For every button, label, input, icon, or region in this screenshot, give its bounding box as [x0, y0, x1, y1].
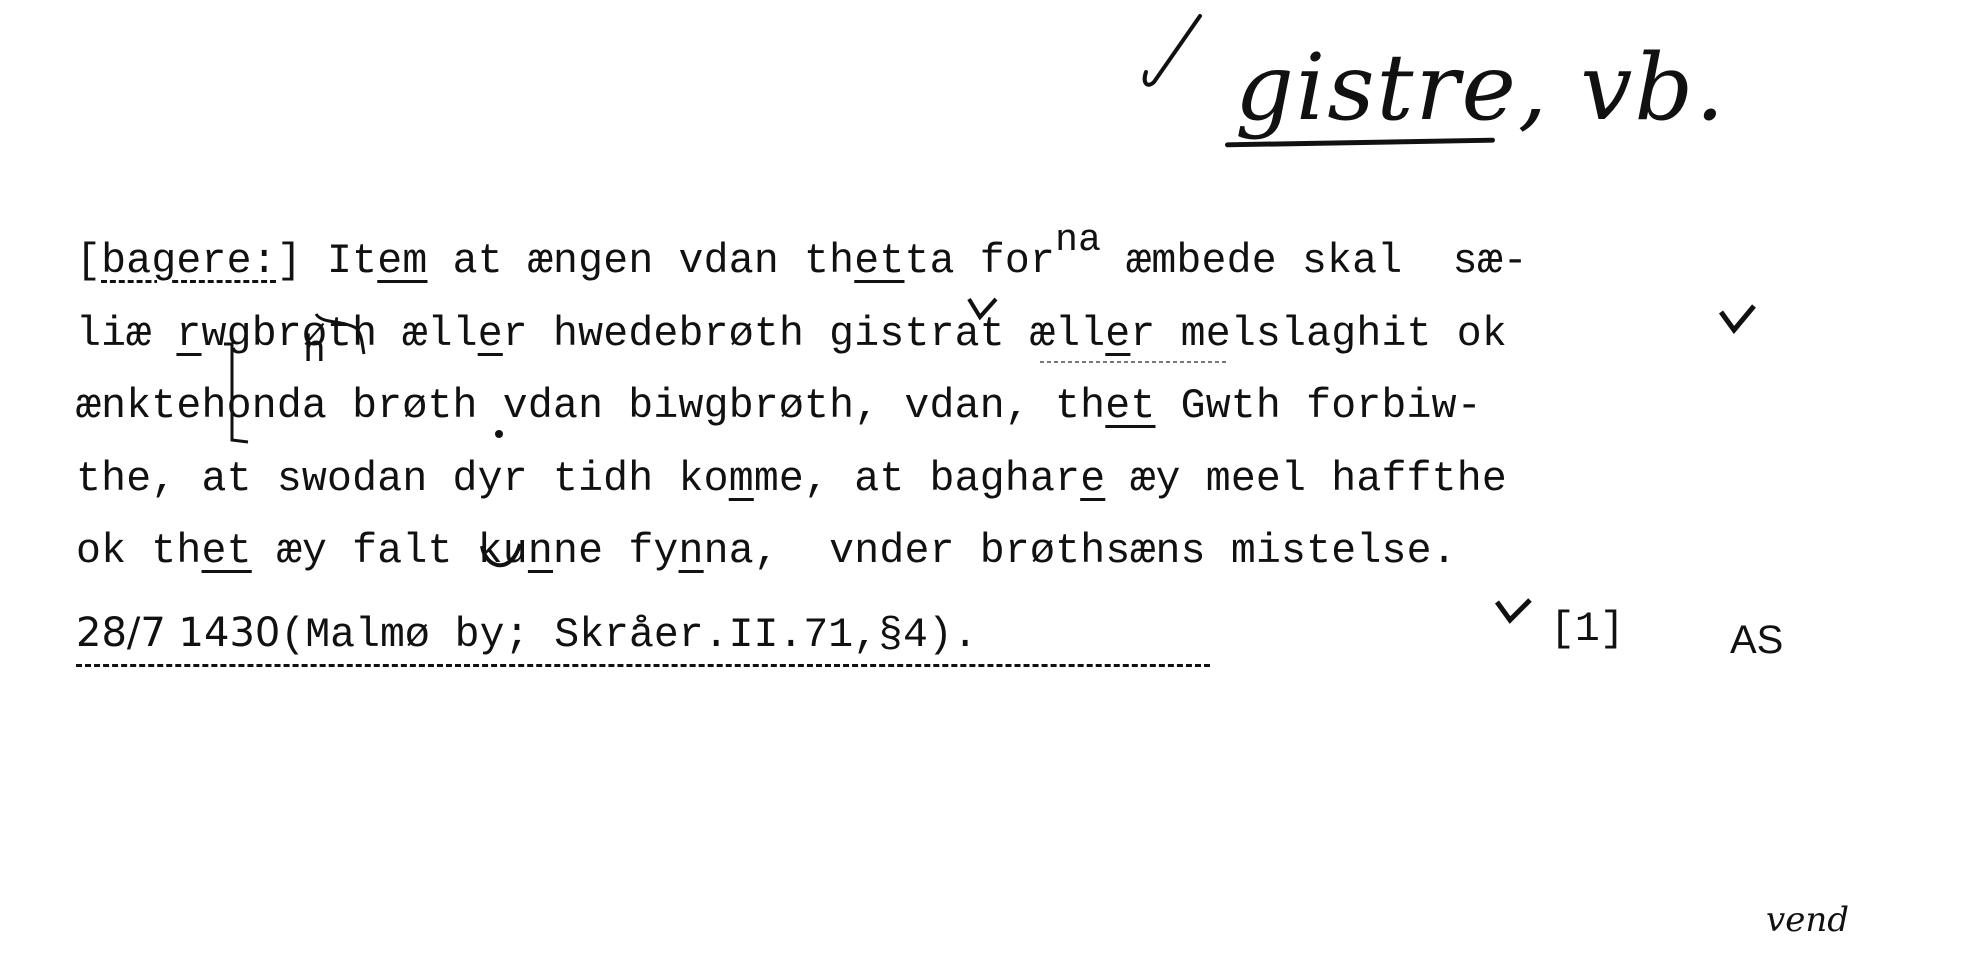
- gistrat-dotted-underline: [1038, 354, 1228, 366]
- source-reference: (Malmø by; Skråer.II.71,§4).: [280, 612, 977, 659]
- headword-text: gistre, vb.: [1235, 42, 1727, 134]
- insertion-arc-icon: [312, 308, 372, 358]
- source-date: 28/7 1430: [76, 610, 280, 656]
- quotation-line: liæ rwgbrøth æller hwedebrøth gistrat æl…: [76, 299, 1528, 372]
- insertion-bracket-icon: [218, 340, 258, 450]
- quotation-line: ok thet æy falt kunne fynna, vnder brøth…: [76, 516, 1528, 589]
- headword: gistre, vb.: [1235, 30, 1775, 180]
- turn-over-note: vend: [1766, 900, 1849, 940]
- check-mark-icon: [1140, 12, 1210, 92]
- quotation-line: ænktehonda brøth vdan biwgbrøth, vdan, t…: [76, 371, 1528, 444]
- dictionary-slip: gistre, vb. [bagere:] Item at ængen vdan…: [0, 0, 1974, 972]
- ink-dot: [495, 430, 503, 438]
- source-underline: [76, 664, 1210, 667]
- editor-initials: AS: [1730, 618, 1783, 663]
- quotation-text: [bagere:] Item at ængen vdan thetta forn…: [76, 226, 1528, 589]
- quotation-line: the, at swodan dyr tidh komme, at baghar…: [76, 444, 1528, 517]
- source-citation: 28/7 1430(Malmø by; Skråer.II.71,§4).: [76, 610, 978, 659]
- mistelse-check-icon: [1494, 596, 1534, 626]
- reference-number: [1]: [1550, 606, 1625, 653]
- melslaghit-check-icon: [1718, 302, 1758, 336]
- gistrat-check-icon: [966, 295, 1000, 323]
- quotation-line: [bagere:] Item at ængen vdan thetta forn…: [76, 226, 1528, 299]
- falt-join-icon: [478, 540, 528, 576]
